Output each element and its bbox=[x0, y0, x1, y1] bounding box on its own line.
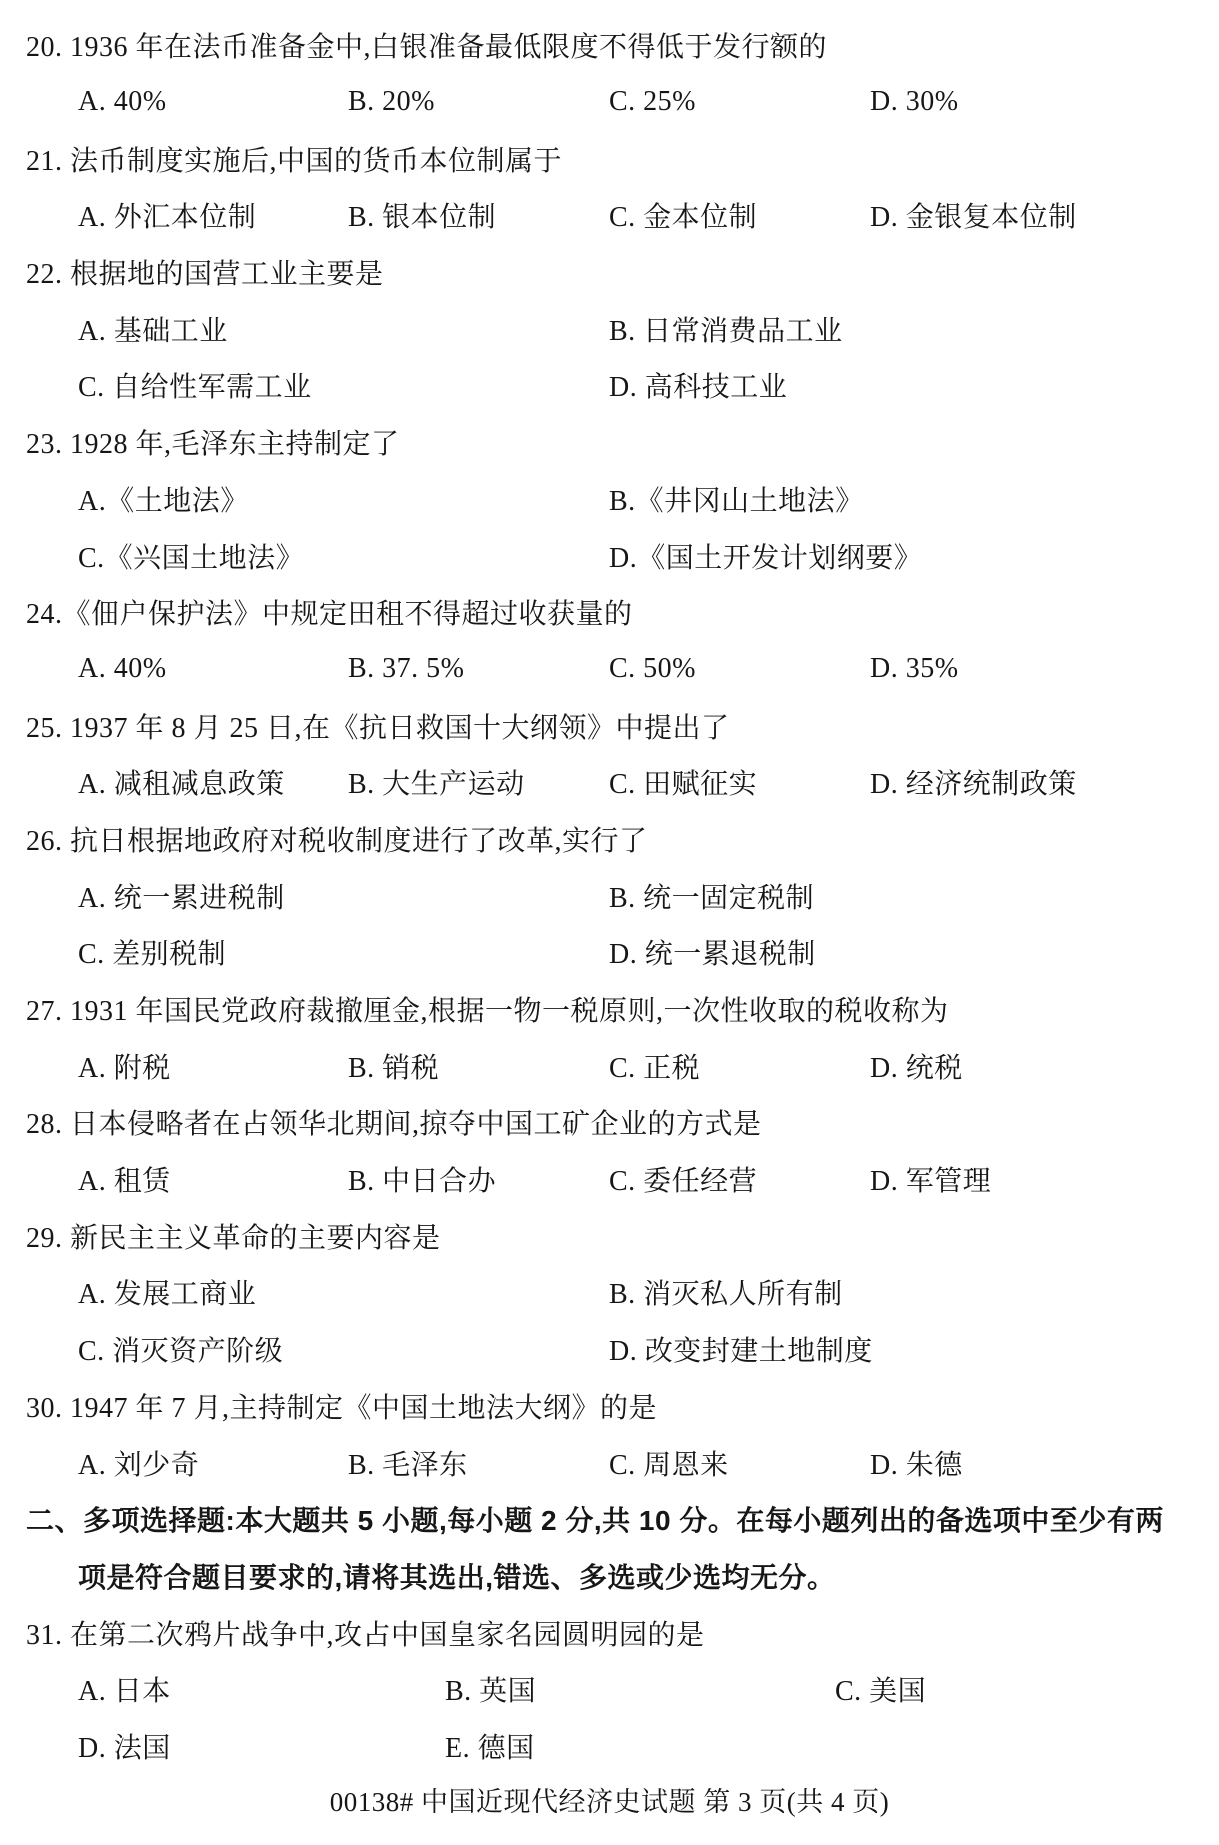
question-stem: 31. 在第二次鸦片战争中,攻占中国皇家名园圆明园的是 bbox=[26, 1613, 705, 1653]
section2-header-row-1: 二、多项选择题:本大题共 5 小题,每小题 2 分,共 10 分。在每小题列出的… bbox=[0, 1491, 1219, 1548]
option-d: D. 高科技工业 bbox=[609, 365, 787, 405]
option-b: B. 37. 5% bbox=[348, 653, 465, 685]
option-a: A. 40% bbox=[78, 653, 167, 685]
options-row: C. 消灭资产阶级D. 改变封建土地制度 bbox=[0, 1321, 1219, 1378]
page-footer: 00138# 中国近现代经济史试题 第 3 页(共 4 页) bbox=[0, 1774, 1219, 1831]
question: 28. 日本侵略者在占领华北期间,掠夺中国工矿企业的方式是 bbox=[0, 1094, 1219, 1151]
section2-header-line2: 项是符合题目要求的,请将其选出,错选、多选或少选均无分。 bbox=[78, 1556, 836, 1596]
option-b: B. 销税 bbox=[348, 1046, 439, 1086]
option-b: B. 大生产运动 bbox=[348, 762, 525, 802]
option-c: C. 25% bbox=[609, 86, 696, 118]
option-a: A. 租赁 bbox=[78, 1159, 171, 1199]
question-stem: 23. 1928 年,毛泽东主持制定了 bbox=[26, 422, 400, 462]
section2-header-line1: 二、多项选择题:本大题共 5 小题,每小题 2 分,共 10 分。在每小题列出的… bbox=[26, 1499, 1164, 1539]
options-row: C. 自给性军需工业D. 高科技工业 bbox=[0, 357, 1219, 414]
exam-page: 20. 1936 年在法币准备金中,白银准备最低限度不得低于发行额的A. 40%… bbox=[0, 0, 1219, 1845]
option-a: A. 日本 bbox=[78, 1669, 171, 1709]
option-b: B. 银本位制 bbox=[348, 195, 496, 235]
option-d: D. 统一累退税制 bbox=[609, 932, 816, 972]
options-row: C. 差别税制D. 统一累退税制 bbox=[0, 924, 1219, 981]
option-d: D. 金银复本位制 bbox=[870, 195, 1077, 235]
option-c: C. 周恩来 bbox=[609, 1443, 729, 1483]
options-row: A. 统一累进税制B. 统一固定税制 bbox=[0, 867, 1219, 924]
question: 25. 1937 年 8 月 25 日,在《抗日救国十大纲领》中提出了 bbox=[0, 697, 1219, 754]
option-a: A.《土地法》 bbox=[78, 479, 249, 519]
multi-choice-questions-section: 31. 在第二次鸦片战争中,攻占中国皇家名园圆明园的是A. 日本B. 英国C. … bbox=[0, 1604, 1219, 1774]
question-stem: 24.《佃户保护法》中规定田租不得超过收获量的 bbox=[26, 592, 633, 632]
option-a: A. 基础工业 bbox=[78, 309, 228, 349]
option-a: A. 减租减息政策 bbox=[78, 762, 285, 802]
options-row: A. 日本B. 英国C. 美国 bbox=[0, 1661, 1219, 1718]
option-d: D. 35% bbox=[870, 653, 959, 685]
option-c: C. 差别税制 bbox=[78, 932, 226, 972]
question-stem: 22. 根据地的国营工业主要是 bbox=[26, 252, 384, 292]
option-d: D. 法国 bbox=[78, 1726, 171, 1766]
option-c: C. 正税 bbox=[609, 1046, 700, 1086]
option-a: A. 外汇本位制 bbox=[78, 195, 256, 235]
option-a: A. 统一累进税制 bbox=[78, 876, 285, 916]
question: 30. 1947 年 7 月,主持制定《中国土地法大纲》的是 bbox=[0, 1378, 1219, 1435]
option-c: C. 自给性军需工业 bbox=[78, 365, 312, 405]
question: 20. 1936 年在法币准备金中,白银准备最低限度不得低于发行额的 bbox=[0, 17, 1219, 74]
option-c: C.《兴国土地法》 bbox=[78, 536, 304, 576]
option-a: A. 40% bbox=[78, 86, 167, 118]
option-d: D. 军管理 bbox=[870, 1159, 991, 1199]
question: 31. 在第二次鸦片战争中,攻占中国皇家名园圆明园的是 bbox=[0, 1604, 1219, 1661]
option-c: C. 美国 bbox=[835, 1669, 926, 1709]
option-b: B. 英国 bbox=[445, 1669, 536, 1709]
options-row: A. 外汇本位制B. 银本位制C. 金本位制D. 金银复本位制 bbox=[0, 187, 1219, 244]
question: 27. 1931 年国民党政府裁撤厘金,根据一物一税原则,一次性收取的税收称为 bbox=[0, 981, 1219, 1038]
question: 22. 根据地的国营工业主要是 bbox=[0, 244, 1219, 301]
options-row: C.《兴国土地法》D.《国土开发计划纲要》 bbox=[0, 527, 1219, 584]
option-c: C. 消灭资产阶级 bbox=[78, 1329, 283, 1369]
option-b: B. 20% bbox=[348, 86, 435, 118]
option-a: A. 发展工商业 bbox=[78, 1272, 256, 1312]
options-row: A. 减租减息政策B. 大生产运动C. 田赋征实D. 经济统制政策 bbox=[0, 754, 1219, 811]
option-c: C. 田赋征实 bbox=[609, 762, 757, 802]
option-b: B. 消灭私人所有制 bbox=[609, 1272, 843, 1312]
question-stem: 20. 1936 年在法币准备金中,白银准备最低限度不得低于发行额的 bbox=[26, 25, 827, 65]
option-d: D. 经济统制政策 bbox=[870, 762, 1077, 802]
question: 21. 法币制度实施后,中国的货币本位制属于 bbox=[0, 130, 1219, 187]
options-row: D. 法国E. 德国 bbox=[0, 1718, 1219, 1775]
question-stem: 27. 1931 年国民党政府裁撤厘金,根据一物一税原则,一次性收取的税收称为 bbox=[26, 989, 949, 1029]
options-row: A.《土地法》B.《井冈山土地法》 bbox=[0, 471, 1219, 528]
option-d: D.《国土开发计划纲要》 bbox=[609, 536, 922, 576]
option-d: D. 统税 bbox=[870, 1046, 963, 1086]
section2-header-row-2: 项是符合题目要求的,请将其选出,错选、多选或少选均无分。 bbox=[0, 1548, 1219, 1605]
option-a: A. 刘少奇 bbox=[78, 1443, 199, 1483]
question: 26. 抗日根据地政府对税收制度进行了改革,实行了 bbox=[0, 811, 1219, 868]
question: 29. 新民主主义革命的主要内容是 bbox=[0, 1207, 1219, 1264]
question-stem: 26. 抗日根据地政府对税收制度进行了改革,实行了 bbox=[26, 819, 648, 859]
option-b: B. 中日合办 bbox=[348, 1159, 496, 1199]
option-b: B.《井冈山土地法》 bbox=[609, 479, 864, 519]
options-row: A. 刘少奇B. 毛泽东C. 周恩来D. 朱德 bbox=[0, 1434, 1219, 1491]
question-stem: 28. 日本侵略者在占领华北期间,掠夺中国工矿企业的方式是 bbox=[26, 1102, 762, 1142]
option-d: D. 改变封建土地制度 bbox=[609, 1329, 873, 1369]
question: 24.《佃户保护法》中规定田租不得超过收获量的 bbox=[0, 584, 1219, 641]
single-choice-questions-section: 20. 1936 年在法币准备金中,白银准备最低限度不得低于发行额的A. 40%… bbox=[0, 17, 1219, 1491]
options-row: A. 40%B. 20%C. 25%D. 30% bbox=[0, 74, 1219, 131]
option-a: A. 附税 bbox=[78, 1046, 171, 1086]
question: 23. 1928 年,毛泽东主持制定了 bbox=[0, 414, 1219, 471]
option-b: B. 统一固定税制 bbox=[609, 876, 814, 916]
options-row: A. 基础工业B. 日常消费品工业 bbox=[0, 300, 1219, 357]
question-stem: 30. 1947 年 7 月,主持制定《中国土地法大纲》的是 bbox=[26, 1386, 657, 1426]
question-stem: 29. 新民主主义革命的主要内容是 bbox=[26, 1216, 441, 1256]
options-row: A. 40%B. 37. 5%C. 50%D. 35% bbox=[0, 641, 1219, 698]
option-b: B. 毛泽东 bbox=[348, 1443, 468, 1483]
option-d: D. 30% bbox=[870, 86, 959, 118]
question-stem: 21. 法币制度实施后,中国的货币本位制属于 bbox=[26, 139, 562, 179]
option-d: D. 朱德 bbox=[870, 1443, 963, 1483]
option-b: B. 日常消费品工业 bbox=[609, 309, 843, 349]
options-row: A. 租赁B. 中日合办C. 委任经营D. 军管理 bbox=[0, 1151, 1219, 1208]
option-c: C. 50% bbox=[609, 653, 696, 685]
options-row: A. 附税B. 销税C. 正税D. 统税 bbox=[0, 1037, 1219, 1094]
option-c: C. 委任经营 bbox=[609, 1159, 757, 1199]
option-c: C. 金本位制 bbox=[609, 195, 757, 235]
question-stem: 25. 1937 年 8 月 25 日,在《抗日救国十大纲领》中提出了 bbox=[26, 706, 730, 746]
footer-text: 00138# 中国近现代经济史试题 第 3 页(共 4 页) bbox=[330, 1774, 889, 1831]
option-e: E. 德国 bbox=[445, 1726, 535, 1766]
options-row: A. 发展工商业B. 消灭私人所有制 bbox=[0, 1264, 1219, 1321]
